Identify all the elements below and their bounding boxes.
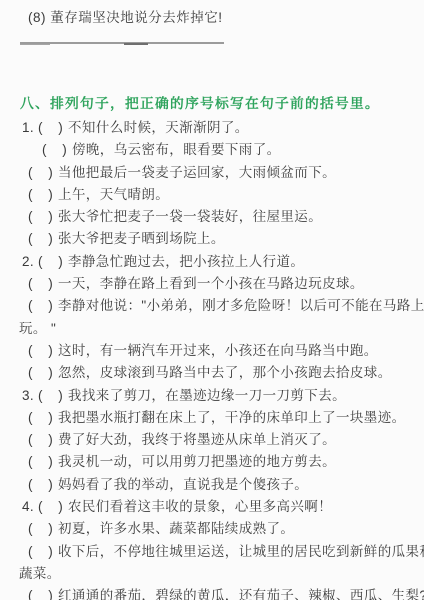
answer-parentheses: ( ): [28, 228, 50, 250]
exercise-line: ( )初夏，许多水果、蔬菜都陆续成熟了。: [0, 518, 424, 540]
exercise-line: 4.( )农民们看着这丰收的景象，心里多高兴啊！: [0, 496, 424, 518]
answer-parentheses: ( ): [28, 206, 50, 228]
exercise-line: ( )一天，李静在路上看到一个小孩在马路边玩皮球。: [0, 273, 424, 295]
answer-parentheses: ( ): [38, 496, 60, 518]
sentence-text: 我把墨水瓶打翻在床上了，干净的床单印上了一块墨迹。: [58, 410, 406, 425]
item-number: 3.: [22, 385, 38, 407]
sentence-text: 一天，李静在路上看到一个小孩在马路边玩皮球。: [58, 276, 364, 291]
sentence-text: 李静对他说："小弟弟，刚才多危险呀！以后可不能在马路上: [58, 298, 424, 313]
answer-parentheses: ( ): [28, 451, 50, 473]
exercise-line: ( )当他把最后一袋麦子运回家，大雨倾盆而下。: [0, 162, 424, 184]
sentence-text: 妈妈看了我的举动，直说我是个傻孩子。: [58, 477, 308, 492]
exercise-line: 1.( )不知什么时候，天渐渐阴了。: [0, 117, 424, 139]
sentence-text: 农民们看着这丰收的景象，心里多高兴啊！: [68, 499, 332, 514]
exercise-line: ( )张大爷忙把麦子一袋一袋装好，往屋里运。: [0, 206, 424, 228]
answer-parentheses: ( ): [42, 139, 64, 161]
underline-segment: [124, 43, 148, 45]
worksheet-page: (8) 董存瑞坚决地说分去炸掉它! 八、排列句子，把正确的序号标写在句子前的括号…: [0, 0, 424, 600]
sentence-text: 上午，天气晴朗。: [58, 187, 169, 202]
underline-segment: [20, 42, 224, 44]
answer-parentheses: ( ): [28, 162, 50, 184]
answer-parentheses: ( ): [38, 117, 60, 139]
sentence-text: 初夏，许多水果、蔬菜都陆续成熟了。: [58, 521, 294, 536]
answer-parentheses: ( ): [28, 429, 50, 451]
answer-parentheses: ( ): [28, 295, 50, 317]
answer-parentheses: ( ): [28, 273, 50, 295]
exercise-line: ( )忽然，皮球滚到马路当中去了，那个小孩跑去拾皮球。: [0, 362, 424, 384]
sentence-text: 费了好大劲，我终于将墨迹从床单上消灭了。: [58, 432, 336, 447]
exercise-line: 蔬菜。: [0, 563, 424, 585]
answer-parentheses: ( ): [28, 340, 50, 362]
exercise-line: ( )我灵机一动，可以用剪刀把墨迹的地方剪去。: [0, 451, 424, 473]
sentence-text: 我灵机一动，可以用剪刀把墨迹的地方剪去。: [58, 454, 336, 469]
answer-parentheses: ( ): [38, 385, 60, 407]
exercise-line: ( )费了好大劲，我终于将墨迹从床单上消灭了。: [0, 429, 424, 451]
exercise-line: ( )这时，有一辆汽车开过来，小孩还在向马路当中跑。: [0, 340, 424, 362]
exercise-line: ( )傍晚，乌云密布，眼看要下雨了。: [0, 139, 424, 161]
sentence-text: 不知什么时候，天渐渐阴了。: [68, 120, 249, 135]
sentence-text: 傍晚，乌云密布，眼看要下雨了。: [72, 142, 281, 157]
sentence-text: 张大爷忙把麦子一袋一袋装好，往屋里运。: [58, 209, 322, 224]
answer-parentheses: ( ): [28, 585, 50, 600]
sentence-text: 李静急忙跑过去，把小孩拉上人行道。: [68, 254, 304, 269]
sentence-text: 红通通的番茄，碧绿的黄瓜，还有茄子、辣椒、西瓜、生梨??: [58, 588, 424, 600]
answer-parentheses: ( ): [28, 362, 50, 384]
exercise-line: 3.( )我找来了剪刀，在墨迹边缘一刀一刀剪下去。: [0, 385, 424, 407]
item-number: 4.: [22, 496, 38, 518]
exercise-line: 2.( )李静急忙跑过去，把小孩拉上人行道。: [0, 251, 424, 273]
answer-parentheses: ( ): [28, 184, 50, 206]
sentence-text: 蔬菜。: [19, 566, 61, 581]
sentence-text: 玩。 ": [19, 321, 56, 336]
answer-blank-line: [20, 41, 224, 44]
exercise-line: ( )红通通的番茄，碧绿的黄瓜，还有茄子、辣椒、西瓜、生梨??: [0, 585, 424, 600]
answer-parentheses: ( ): [28, 541, 50, 563]
exercise-line: ( )收下后，不停地往城里运送，让城里的居民吃到新鲜的瓜果和: [0, 541, 424, 563]
exercise-line: ( )妈妈看了我的举动，直说我是个傻孩子。: [0, 474, 424, 496]
answer-parentheses: ( ): [28, 474, 50, 496]
sentence-text: 我找来了剪刀，在墨迹边缘一刀一刀剪下去。: [68, 388, 346, 403]
answer-parentheses: ( ): [28, 407, 50, 429]
exercise-line: ( )张大爷把麦子晒到场院上。: [0, 228, 424, 250]
section-heading: 八、排列句子，把正确的序号标写在句子前的括号里。: [20, 94, 424, 114]
exercise-line: ( )李静对他说："小弟弟，刚才多危险呀！以后可不能在马路上: [0, 295, 424, 317]
item-number: 1.: [22, 117, 38, 139]
exercise-line: ( )上午，天气晴朗。: [0, 184, 424, 206]
answer-parentheses: ( ): [28, 518, 50, 540]
exercise-line: ( )我把墨水瓶打翻在床上了，干净的床单印上了一块墨迹。: [0, 407, 424, 429]
exercise-lines: 1.( )不知什么时候，天渐渐阴了。( )傍晚，乌云密布，眼看要下雨了。( )当…: [0, 117, 424, 600]
sentence-text: 当他把最后一袋麦子运回家，大雨倾盆而下。: [58, 165, 336, 180]
sentence-text: 这时，有一辆汽车开过来，小孩还在向马路当中跑。: [58, 343, 378, 358]
sentence-text: 收下后，不停地往城里运送，让城里的居民吃到新鲜的瓜果和: [58, 544, 424, 559]
answer-parentheses: ( ): [38, 251, 60, 273]
previous-exercise-item: (8) 董存瑞坚决地说分去炸掉它!: [0, 0, 424, 26]
exercise-line: 玩。 ": [0, 318, 424, 340]
sentence-text: 张大爷把麦子晒到场院上。: [58, 231, 225, 246]
item-number: 2.: [22, 251, 38, 273]
sentence-text: 忽然，皮球滚到马路当中去了，那个小孩跑去拾皮球。: [58, 365, 392, 380]
